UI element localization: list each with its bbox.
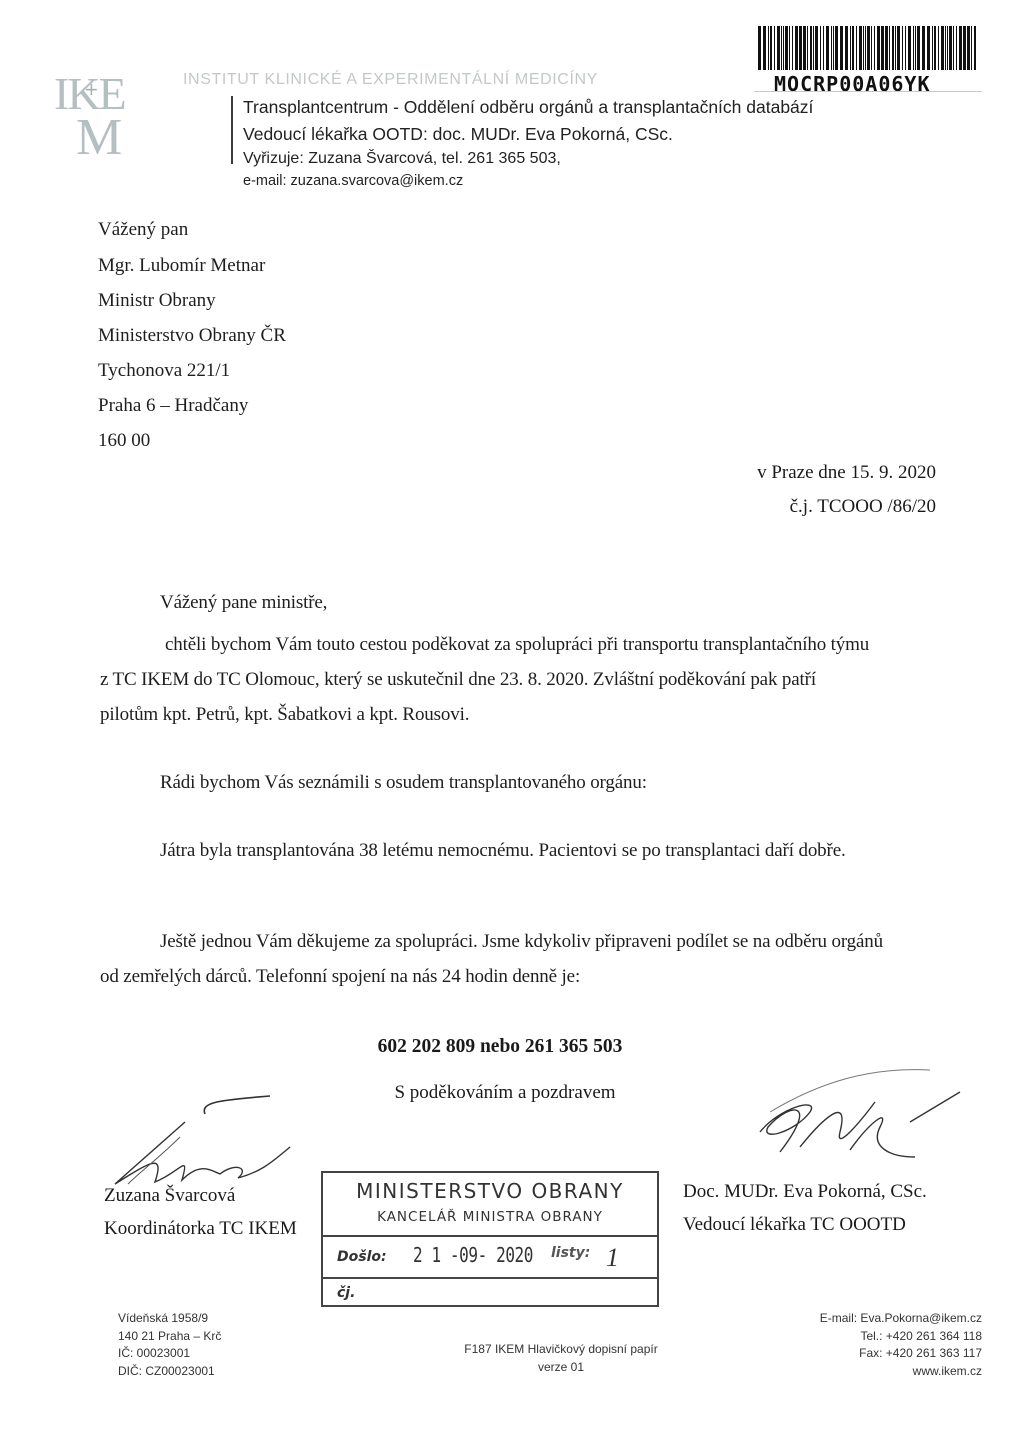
logo-letter-bottom: M: [76, 112, 122, 164]
reference-number: č.j. TCOOO /86/20: [790, 496, 936, 518]
contact-email-line: e-mail: zuzana.svarcova@ikem.cz: [243, 173, 463, 189]
paragraph-1-line-2: z TC IKEM do TC Olomouc, který se uskute…: [100, 669, 816, 691]
barcode-underline: [754, 91, 982, 92]
header-divider: [231, 96, 233, 164]
paragraph-1-line-3: pilotům kpt. Petrů, kpt. Šabatkovi a kpt…: [100, 704, 469, 726]
paragraph-1-line-1: chtěli bychom Vám touto cestou poděkovat…: [165, 634, 869, 656]
footer-dic: DIČ: CZ00023001: [118, 1363, 221, 1381]
footer-ic: IČ: 00023001: [118, 1345, 221, 1363]
recipient-city: Praha 6 – Hradčany: [98, 395, 248, 417]
stamp-ref-label: čj.: [337, 1285, 355, 1301]
footer-fax: Fax: +420 261 363 117: [820, 1345, 982, 1363]
head-physician-line: Vedoucí lékařka OOTD: doc. MUDr. Eva Pok…: [243, 124, 673, 145]
ikem-logo: IKE + M: [54, 74, 144, 164]
paragraph-4-line-1: Ještě jednou Vám děkujeme za spolupráci.…: [160, 931, 883, 953]
recipient-name: Mgr. Lubomír Metnar: [98, 255, 265, 277]
paragraph-4-line-2: od zemřelých dárců. Telefonní spojení na…: [100, 966, 580, 988]
institute-name: INSTITUT KLINICKÉ A EXPERIMENTÁLNÍ MEDIC…: [183, 71, 598, 89]
recipient-greeting: Vážený pan: [98, 219, 188, 241]
footer-street: Vídeňská 1958/9: [118, 1310, 221, 1328]
signatory-2-name: Doc. MUDr. Eva Pokorná, CSc.: [683, 1181, 927, 1203]
footer-web: www.ikem.cz: [820, 1363, 982, 1381]
contact-person-line: Vyřizuje: Zuzana Švarcová, tel. 261 365 …: [243, 150, 561, 168]
recipient-postcode: 160 00: [98, 430, 150, 452]
barcode-icon: [758, 26, 976, 70]
recipient-street: Tychonova 221/1: [98, 360, 230, 382]
stamp-divider: [323, 1277, 657, 1279]
footer-city: 140 21 Praha – Krč: [118, 1328, 221, 1346]
phone-numbers: 602 202 809 nebo 261 365 503: [0, 1036, 1000, 1058]
footer-address: Vídeňská 1958/9 140 21 Praha – Krč IČ: 0…: [118, 1310, 221, 1380]
signature-pokorna-icon: [740, 1062, 980, 1172]
recipient-organization: Ministerstvo Obrany ČR: [98, 325, 286, 347]
stamp-received-date: 2 1 -09- 2020: [413, 1243, 533, 1267]
recipient-position: Ministr Obrany: [98, 290, 216, 312]
footer-tel: Tel.: +420 261 364 118: [820, 1328, 982, 1346]
received-stamp: MINISTERSTVO OBRANY KANCELÁŘ MINISTRA OB…: [321, 1171, 659, 1307]
signature-svarcova-icon: [110, 1092, 300, 1192]
barcode-id: MOCRP00A06YK: [774, 72, 931, 96]
paragraph-2: Rádi bychom Vás seznámili s osudem trans…: [160, 772, 647, 794]
paragraph-3: Játra byla transplantována 38 letému nem…: [160, 840, 846, 862]
footer-email: E-mail: Eva.Pokorna@ikem.cz: [820, 1310, 982, 1328]
signatory-1-name: Zuzana Švarcová: [104, 1185, 235, 1207]
logo-plus: +: [85, 77, 98, 103]
stamp-divider: [323, 1235, 657, 1237]
footer-form-id: F187 IKEM Hlavičkový dopisní papír verze…: [430, 1341, 692, 1376]
stamp-office: KANCELÁŘ MINISTRA OBRANY: [323, 1209, 657, 1225]
footer-form-version: verze 01: [430, 1359, 692, 1377]
stamp-sheets-label: listy:: [551, 1245, 590, 1261]
stamp-sheets-value: 1: [606, 1243, 619, 1273]
place-and-date: v Praze dne 15. 9. 2020: [757, 462, 936, 484]
footer-contacts: E-mail: Eva.Pokorna@ikem.cz Tel.: +420 2…: [820, 1310, 982, 1380]
stamp-organization: MINISTERSTVO OBRANY: [323, 1179, 657, 1203]
signatory-1-title: Koordinátorka TC IKEM: [104, 1218, 297, 1240]
salutation: Vážený pane ministře,: [160, 592, 327, 614]
department-line: Transplantcentrum - Oddělení odběru orgá…: [243, 97, 813, 118]
signatory-2-title: Vedoucí lékařka TC OOOTD: [683, 1214, 906, 1236]
stamp-received-label: Došlo:: [337, 1249, 387, 1265]
footer-form-name: F187 IKEM Hlavičkový dopisní papír: [430, 1341, 692, 1359]
